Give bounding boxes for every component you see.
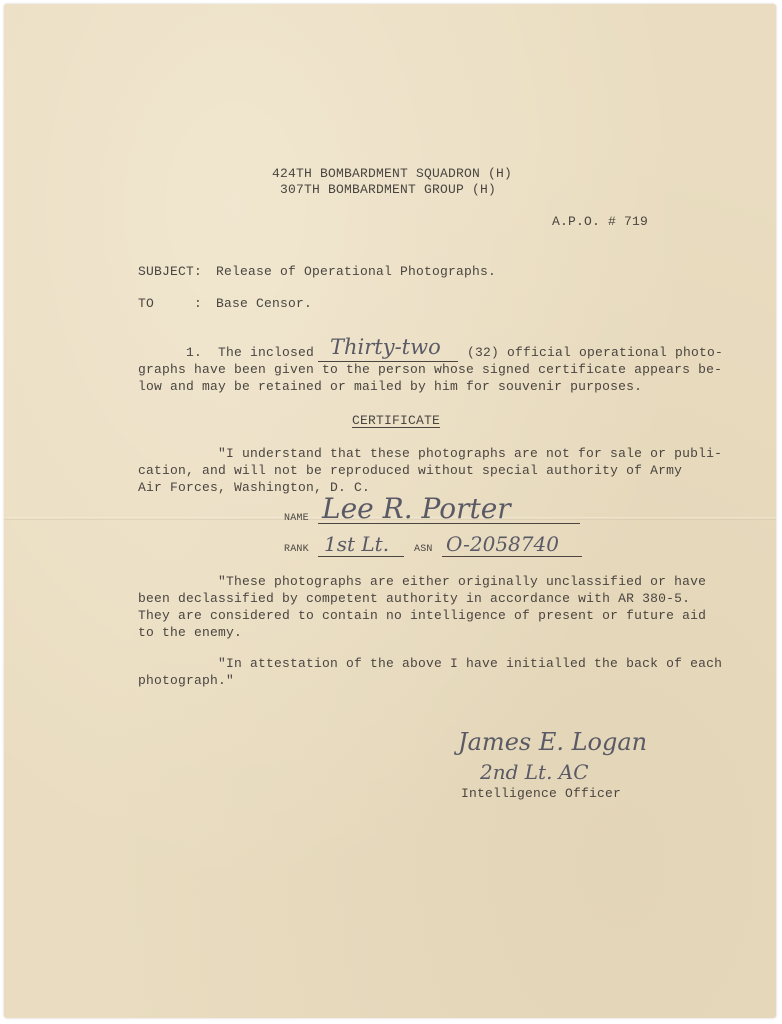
declass-line3: They are considered to contain no intell…	[138, 608, 706, 625]
asn-line	[442, 556, 582, 557]
certificate-line1: "I understand that these photographs are…	[218, 446, 722, 463]
certificate-line2: cation, and will not be reproduced witho…	[138, 463, 682, 480]
paragraph1-line3: low and may be retained or mailed by him…	[138, 379, 642, 396]
name-label: NAME	[284, 511, 309, 528]
attestation-line2: photograph."	[138, 673, 234, 690]
to-separator: :	[194, 296, 202, 313]
rank-line	[318, 556, 404, 557]
attestation-line1: "In attestation of the above I have init…	[218, 656, 722, 673]
to-label: TO	[138, 296, 154, 313]
declass-line2: been declassified by competent authority…	[138, 591, 690, 608]
asn-value: O-2058740	[446, 532, 559, 556]
declass-line1: "These photographs are either originally…	[218, 574, 706, 591]
subject-value: Release of Operational Photographs.	[216, 264, 496, 281]
to-value: Base Censor.	[216, 296, 312, 313]
declass-line4: to the enemy.	[138, 625, 242, 642]
handwritten-photo-count: Thirty-two	[330, 335, 441, 359]
officer-title: Intelligence Officer	[461, 786, 621, 803]
apo-number: A.P.O. # 719	[552, 214, 648, 231]
name-line	[318, 523, 580, 524]
paragraph1-prefix: 1. The inclosed	[186, 345, 314, 362]
asn-label: ASN	[414, 542, 433, 559]
unit-group: 307TH BOMBARDMENT GROUP (H)	[280, 182, 496, 199]
rank-label: RANK	[284, 542, 309, 559]
name-signature: Lee R. Porter	[322, 492, 511, 525]
paragraph1-suffix: (32) official operational photo-	[467, 345, 723, 362]
officer-signature: James E. Logan	[458, 728, 647, 756]
paragraph1-line2: graphs have been given to the person who…	[138, 362, 722, 379]
officer-rank: 2nd Lt. AC	[480, 760, 589, 784]
certificate-title: CERTIFICATE	[352, 413, 440, 430]
rank-value: 1st Lt.	[324, 532, 389, 556]
unit-squadron: 424TH BOMBARDMENT SQUADRON (H)	[272, 166, 512, 183]
subject-label: SUBJECT:	[138, 264, 202, 281]
